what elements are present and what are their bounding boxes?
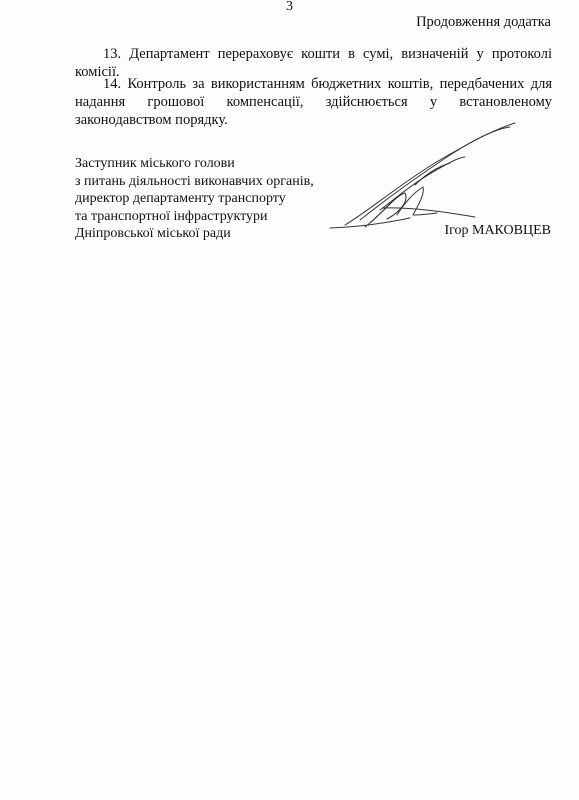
signatory-title-line: з питань діяльності виконавчих органів, (75, 173, 314, 191)
signatory-title: Заступник міського голови з питань діяль… (75, 155, 314, 243)
signatory-title-line: Заступник міського голови (75, 155, 314, 173)
signatory-title-line: Дніпровської міської ради (75, 225, 314, 243)
page-number: 3 (0, 0, 579, 14)
signatory-title-line: та транспортної інфраструктури (75, 208, 314, 226)
signer-name: Ігор МАКОВЦЕВ (444, 222, 551, 239)
continuation-label: Продовження додатка (416, 14, 551, 30)
signatory-title-line: директор департаменту транспорту (75, 190, 314, 208)
